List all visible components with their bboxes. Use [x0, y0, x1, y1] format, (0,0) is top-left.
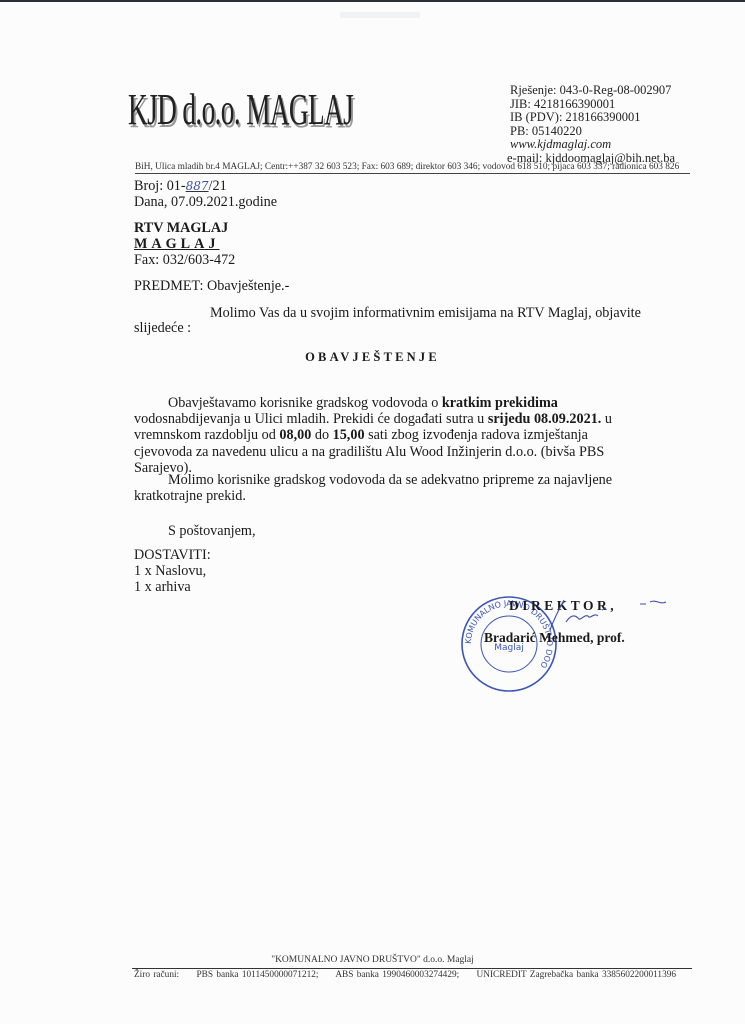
footer-bank-accounts: Žiro računi: PBS banka 1011450000071212;…	[134, 970, 690, 980]
recipient-name: RTV MAGLAJ	[134, 220, 228, 237]
website-link: www.kjdmaglaj.com	[510, 138, 675, 152]
handwritten-number: 887	[186, 179, 209, 193]
signatory-name: Bradarić Mehmed, prof.	[484, 630, 625, 646]
reference-prefix: Broj: 01-	[134, 178, 186, 194]
bank-account: UNICREDIT Zagrebačka banka 3385602200011…	[477, 970, 676, 980]
recipient-city: MAGLAJ	[134, 236, 219, 253]
bank-account: PBS banka 1011450000071212;	[196, 970, 318, 980]
notice-heading: OBAVJEŠTENJE	[0, 350, 745, 365]
address-line: BiH, Ulica mladih br.4 MAGLAJ; Centr:++3…	[135, 162, 690, 174]
recipient-fax: Fax: 032/603-472	[134, 252, 235, 269]
text: vodosnabdijevanja u Ulici mladih. Prekid…	[134, 411, 488, 427]
subject-line: PREDMET: Obavještenje.-	[134, 278, 289, 295]
pb-number: PB: 05140220	[510, 125, 675, 139]
footer-company-name: "KOMUNALNO JAVNO DRUŠTVO" d.o.o. Maglaj	[0, 955, 745, 965]
scan-artifact	[340, 12, 420, 18]
distribution-item: 1 x arhiva	[134, 579, 191, 596]
intro-line-1: Molimo Vas da u svojim informativnim emi…	[210, 305, 641, 322]
notice-paragraph-1: Obavještavamo korisnike gradskog vodovod…	[134, 395, 644, 476]
accounts-label: Žiro računi:	[134, 970, 179, 980]
distribution-item: 1 x Naslovu,	[134, 563, 206, 580]
company-logo: KJD d.o.o. MAGLAJ	[128, 84, 353, 135]
closing-greeting: S poštovanjem,	[168, 523, 256, 540]
bold-text: kratkim prekidima	[442, 395, 558, 411]
scanned-letter-page: KJD d.o.o. MAGLAJ Rješenje: 043-0-Reg-08…	[0, 2, 745, 1024]
registration-number: Rješenje: 043-0-Reg-08-002907	[510, 84, 675, 98]
distribution-label: DOSTAVITI:	[134, 547, 211, 564]
text: Obavještavamo korisnike gradskog vodovod…	[168, 395, 442, 411]
footer-divider	[132, 968, 692, 969]
notice-paragraph-2: Molimo korisnike gradskog vodovoda da se…	[134, 472, 644, 504]
text: do	[311, 427, 332, 443]
registration-block: Rješenje: 043-0-Reg-08-002907 JIB: 42181…	[510, 84, 675, 166]
vat-number: IB (PDV): 218166390001	[510, 111, 675, 125]
bold-start-time: 08,00	[279, 427, 311, 443]
bold-end-time: 15,00	[333, 427, 365, 443]
jib-number: JIB: 4218166390001	[510, 98, 675, 112]
intro-line-2: slijedeće :	[134, 320, 191, 337]
bold-date: srijedu 08.09.2021.	[488, 411, 602, 427]
reference-suffix: /21	[209, 178, 227, 194]
reference-number: Broj: 01-887/21	[134, 178, 227, 195]
bank-account: ABS banka 1990460003274429;	[335, 970, 459, 980]
document-date: Dana, 07.09.2021.godine	[134, 194, 277, 211]
